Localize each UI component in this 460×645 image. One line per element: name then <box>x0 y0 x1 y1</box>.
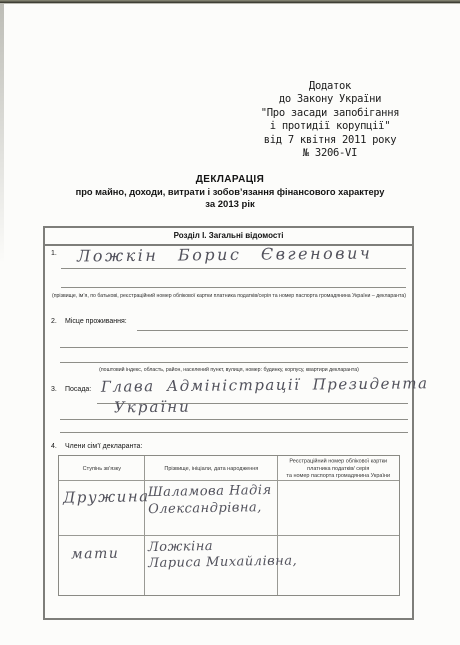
family-row-1-name: Шаламова Надія Олександрівна, <box>145 480 278 518</box>
relation-column-header-label: Ступінь зв’язку <box>82 465 120 471</box>
family-row-1-relation-cell: Дружина <box>59 481 145 536</box>
family-members-table: Ступінь зв’язку Прізвище, ініціали, дата… <box>58 455 400 596</box>
declaration-title: ДЕКЛАРАЦІЯ <box>0 174 460 185</box>
item-3-label: Посада: <box>65 386 91 393</box>
annex-note-line: № 3206-VI <box>232 147 428 160</box>
item-2-number: 2. <box>51 318 57 325</box>
family-row-2-relation-cell: мати <box>59 536 145 595</box>
name-column-header-label: Прізвище, ініціали, дата народження <box>164 465 258 471</box>
item-4-number: 4. <box>51 443 57 450</box>
family-row-1-tax-id-cell <box>278 481 399 536</box>
tax-id-column-header: Реєстраційний номер облікової картки пла… <box>278 456 399 481</box>
item-2-label: Місце проживання: <box>65 318 127 325</box>
item-3-number: 3. <box>51 386 57 393</box>
item-3-rule-3 <box>60 432 408 433</box>
scan-top-edge-highlight <box>0 3 460 4</box>
item-1-rule-1 <box>61 268 406 269</box>
annex-note-line: Додаток <box>232 80 428 93</box>
item-2-caption: (поштовий індекс, область, район, населе… <box>99 367 359 373</box>
declaration-year: за 2013 рік <box>0 199 460 210</box>
item-2-rule-2 <box>60 347 408 348</box>
annex-note: Додаток до Закону України "Про засади за… <box>232 80 428 160</box>
relation-column-header: Ступінь зв’язку <box>59 456 145 481</box>
family-row-1-relation: Дружина <box>59 480 144 506</box>
document-title-block: ДЕКЛАРАЦІЯ про майно, доходи, витрати і … <box>0 174 460 210</box>
annex-note-line: "Про засади запобігання <box>232 107 428 120</box>
tax-id-column-header-label: Реєстраційний номер облікової картки пла… <box>287 457 391 478</box>
item-2-rule-1 <box>137 330 408 331</box>
annex-note-line: і протидії корупції" <box>232 120 428 133</box>
family-row-2-relation: мати <box>59 535 144 562</box>
family-row-1-name-cell: Шаламова Надія Олександрівна, <box>145 481 278 536</box>
name-column-header: Прізвище, ініціали, дата народження <box>145 456 278 481</box>
family-row-2-name-cell: Ложкіна Лариса Михайлівна, <box>145 536 278 595</box>
item-3-rule-2 <box>60 419 408 420</box>
section-1-box: Розділ I. Загальні відомості 1. Ложкін Б… <box>43 226 414 620</box>
scan-left-edge <box>0 4 4 264</box>
position-handwritten-line-1: Глава Адміністрації Президента <box>101 374 429 395</box>
family-row-2-name: Ложкіна Лариса Михайлівна, <box>145 535 278 572</box>
item-1-rule-2 <box>61 287 406 288</box>
declaration-subtitle: про майно, доходи, витрати і зобов’язанн… <box>0 187 460 197</box>
scanned-declaration-page: Додаток до Закону України "Про засади за… <box>0 0 460 645</box>
family-row-2-tax-id-cell <box>278 536 399 595</box>
annex-note-line: від 7 квітня 2011 року <box>232 134 428 147</box>
annex-note-line: до Закону України <box>232 93 428 106</box>
item-1-number: 1. <box>51 250 57 257</box>
item-1-caption: (прізвище, ім’я, по батькові, реєстрацій… <box>51 293 405 299</box>
item-2-rule-3 <box>60 362 408 363</box>
declarant-name-handwritten: Ложкін Борис Євгенович <box>77 243 372 265</box>
position-handwritten-line-2: України <box>114 398 191 417</box>
item-4-label: Члени сім’ї декларанта: <box>65 443 142 450</box>
